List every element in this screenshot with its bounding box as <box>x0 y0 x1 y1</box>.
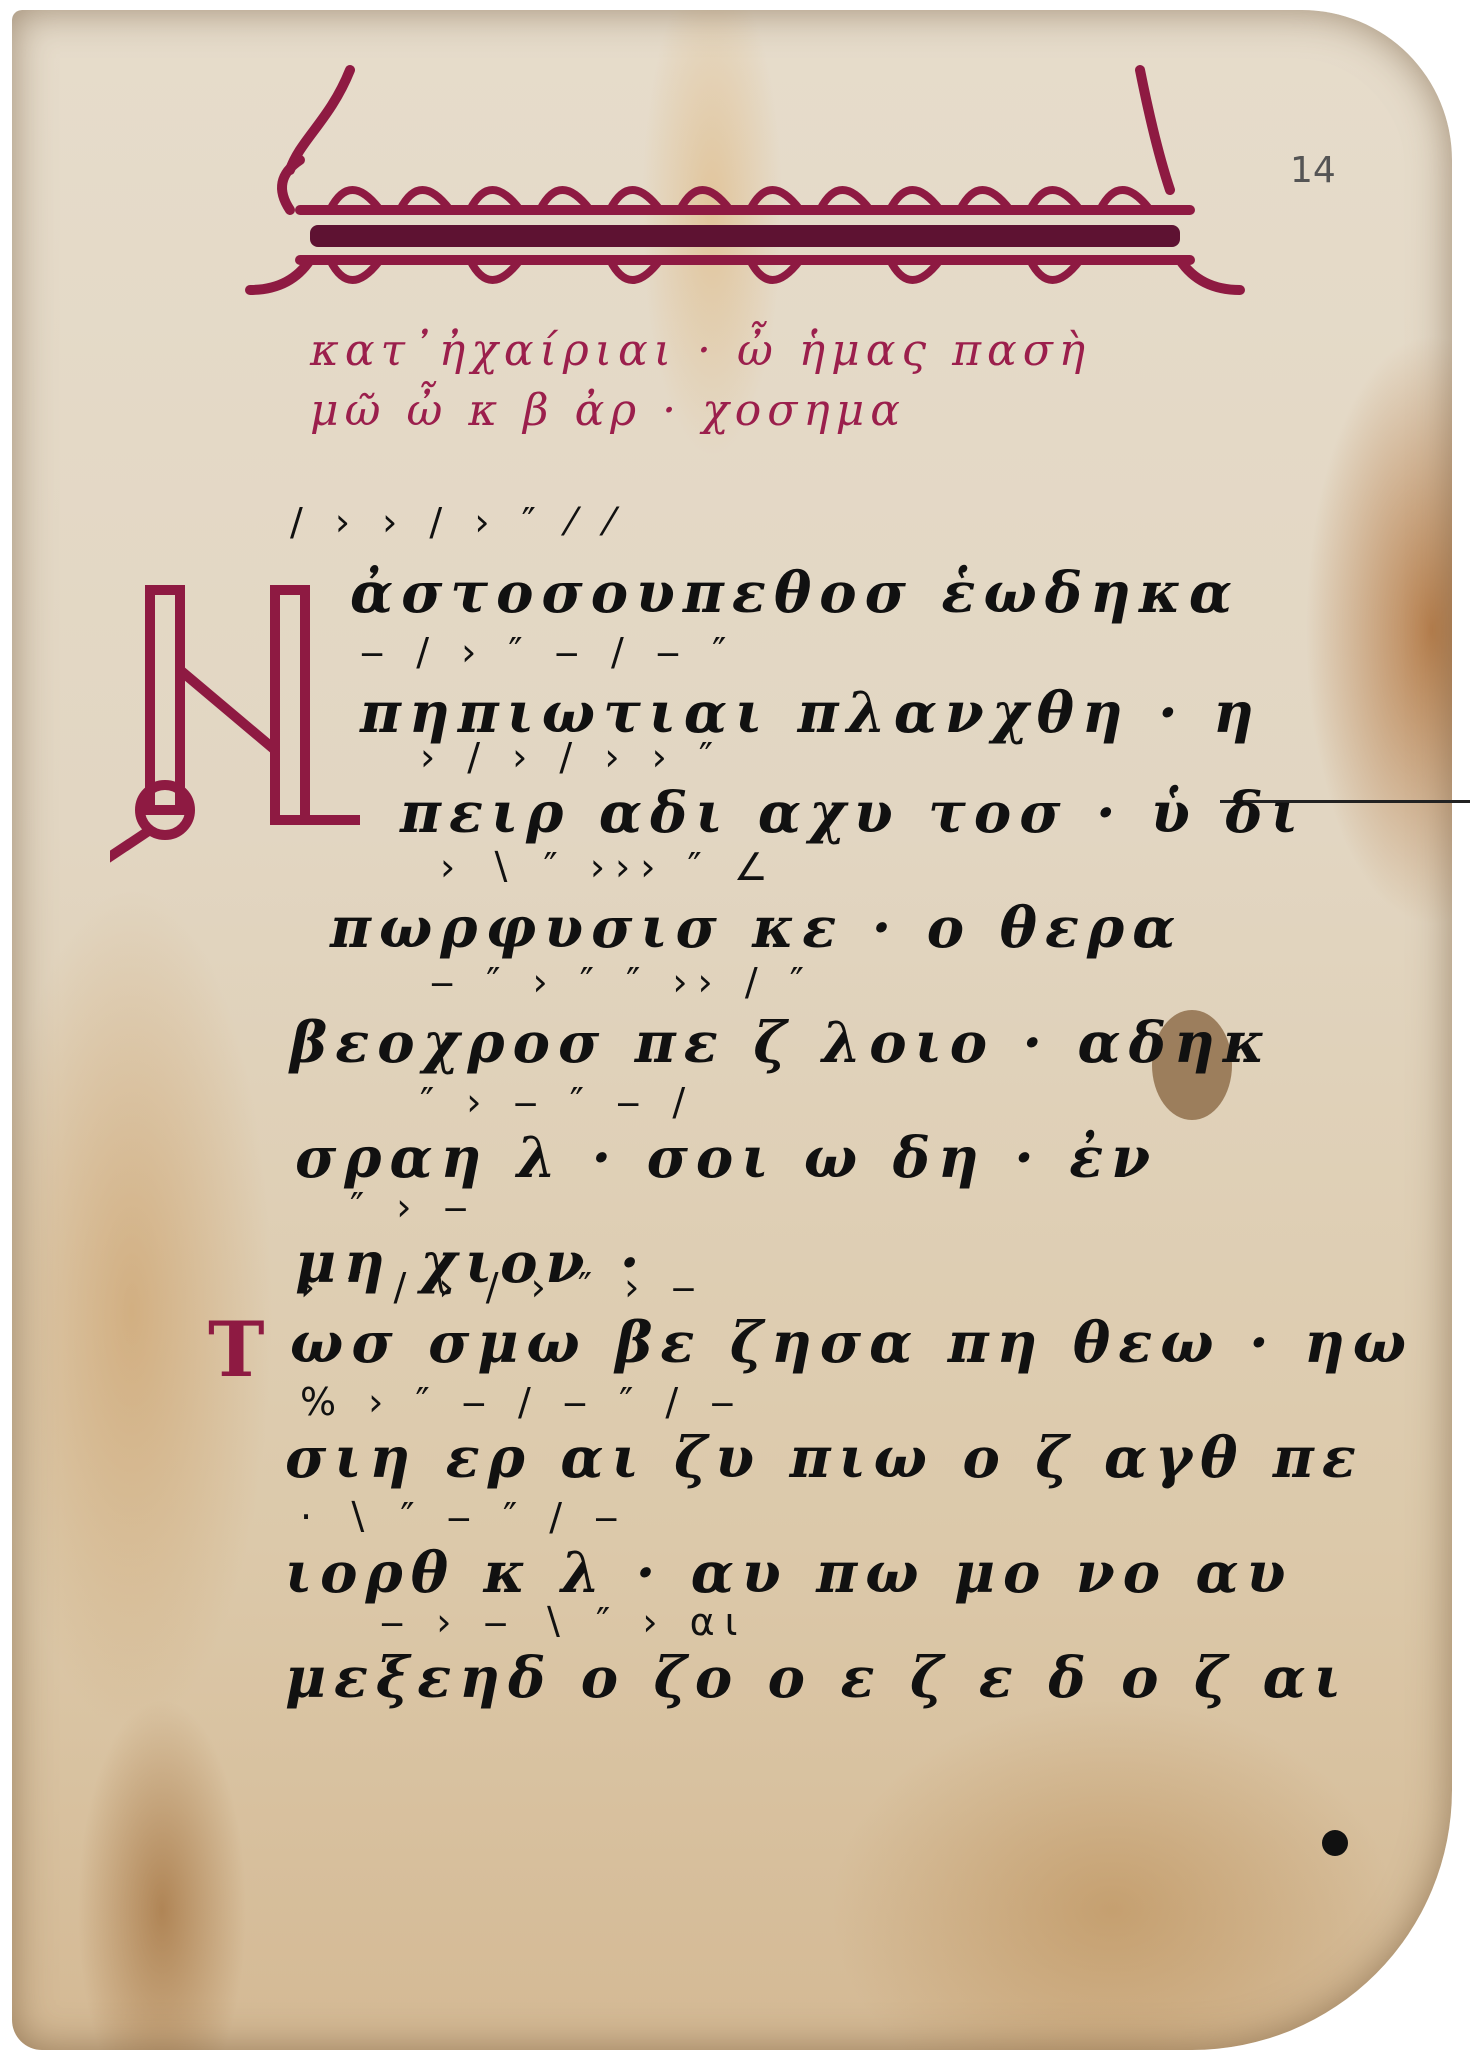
neume-line: ‒ ″ › ″ ″ ›› / ″ <box>430 960 814 1004</box>
neume-line: ″ › ‒ <box>350 1185 478 1229</box>
text-line: πειρ αδι αχυ τοσ · ὑ δι <box>400 780 1306 846</box>
text-line: βεοχροσ πε ζ λοιο · αδηκ <box>290 1010 1273 1076</box>
folio-number: 14 <box>1290 150 1336 191</box>
neume-line: % › ″ ‒ / ‒ ″ / ‒ <box>300 1380 744 1424</box>
neume-line: / › › / › ″ ⁄ ⁄ <box>290 500 623 544</box>
neume-line: › ∖ ″ ››› ″ ∠ <box>440 845 778 889</box>
neume-line: ‒ / › ″ ‒ / ‒ ″ <box>360 630 736 674</box>
text-line: σιη ερ αι ζυ πιω ο ζ αγθ πε <box>285 1425 1364 1491</box>
text-line: σραη λ · σοι ω δη · ἐν <box>295 1125 1158 1191</box>
ink-blot <box>1322 1830 1348 1856</box>
neume-line: › ″ / › / › ″ › ‒ <box>300 1265 706 1309</box>
text-line: πωρφυσισ κε · ο θερα <box>330 895 1183 961</box>
neume-line: ‒ › ‒ ∖ ″ › αι <box>380 1600 748 1644</box>
rubric-line-2: μῶ ὦ κ β ἀρ · χοσημα <box>310 385 906 436</box>
neume-line: ″ › ‒ ″ ‒ / <box>420 1080 695 1124</box>
text-line: ἀστοσουπεθοσ ἑωδηκα <box>350 560 1240 626</box>
initial-letter-t: Τ <box>208 1305 265 1394</box>
neume-line: · ∖ ″ ‒ ″ / ‒ <box>300 1495 628 1539</box>
decorated-initial-n-icon <box>110 580 370 880</box>
decorative-headpiece-icon <box>230 60 1270 320</box>
neume-line: › / › / › › ″ <box>420 735 723 779</box>
text-line: μεξεηδ ο ζο ο ε ζ ε δ ο ζ αι <box>285 1645 1349 1711</box>
text-line: ωσ σμω βε ζησα πη θεω · ηω <box>290 1310 1414 1376</box>
text-line: ιορθ κ λ · αυ πω μο νο αυ <box>285 1540 1294 1606</box>
rubric-line-1: κατ᾿ἠχαίριαι · ὦ ἡμας πασὴ <box>310 325 1091 376</box>
